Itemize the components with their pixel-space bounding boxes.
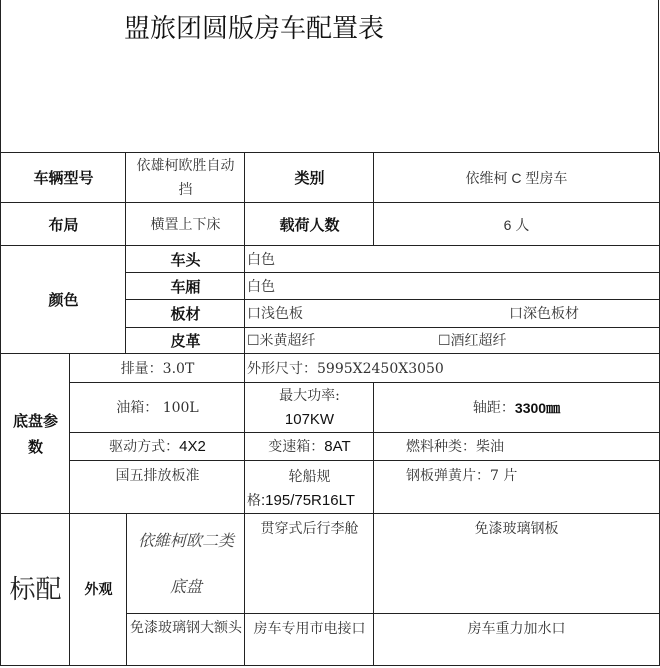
fuel-tank: 油箱： 100L [69,382,246,434]
wheelbase-label: 轴距： [473,395,515,421]
panel-label: 板材 [125,299,246,329]
leather-option-wine[interactable]: ☐酒红超纤 [438,328,507,354]
category-value: 依维柯 C 型房车 [373,152,660,204]
category-label: 类别 [244,152,375,204]
emission-standard: 国五排放板准 [69,460,246,515]
wheelbase-value: 3300㎜ [515,395,560,421]
drive-label: 驱动方式： [109,434,179,460]
leather-option-beige[interactable]: ☐米黄超纤 [247,328,316,354]
leaf-spring: 钢板弹黄片：7 片 [373,460,660,515]
panel-option-light[interactable]: 口浅色板 [247,301,303,327]
layout-value: 横置上下床 [125,202,246,247]
chassis-label: 底盘参数 [0,353,71,514]
model-value: 依雄柯欧胜自动挡 [125,152,246,204]
color-body-label: 车厢 [125,272,246,301]
capacity-value: 6 人 [373,202,660,247]
fuel-type: 燃料种类：柴油 [373,432,660,462]
layout-label: 布局 [0,202,127,247]
leather-label: 皮革 [125,327,246,355]
gearbox: 变速箱： 8AT [244,432,375,462]
page-title: 盟旅团圆版房车配置表 [124,8,384,45]
capacity-label: 载荷人数 [244,202,375,247]
displacement: 排量：3.0T [69,353,246,384]
max-power: 最大功率: 107KW [244,382,375,434]
std-item-rear-luggage: 贯穿式后行李舱 [244,513,375,615]
wheelbase: 轴距： 3300㎜ [373,382,660,434]
std-item-chassis: 依維柯欧二类 底盘 [126,513,246,615]
color-body-value: 白色 [244,272,660,301]
drive-value: 4X2 [179,434,206,460]
panel-options: 口浅色板 口深色板材 [244,299,660,329]
tire-value: :195/75R16LT [261,492,355,509]
dimensions: 外形尺寸：5995X2450X3050 [244,353,660,384]
max-power-value: 107KW [285,408,334,432]
tire-prefix: 格 [247,493,261,509]
std-item-water-inlet: 房车重力加水口 [373,613,660,666]
model-label: 车辆型号 [0,152,127,204]
leather-options: ☐米黄超纤 ☐酒红超纤 [244,327,660,355]
color-head-value: 白色 [244,245,660,274]
panel-option-dark[interactable]: 口深色板材 [509,301,579,327]
drive-type: 驱动方式： 4X2 [69,432,246,462]
gearbox-label: 变速箱： [268,434,324,460]
tire-label: 轮船规 [289,465,331,489]
tire-spec: 轮船规 格:195/75R16LT [244,460,375,515]
std-item-power-inlet: 房车专用市电接口 [244,613,375,666]
color-label: 颜色 [0,245,127,355]
max-power-label: 最大功率: [279,384,340,408]
std-item-chassis-line1: 依維柯欧二类 [138,518,234,564]
std-item-frp-panel: 免漆玻璃钢板 [373,513,660,615]
exterior-label: 外观 [69,513,128,666]
tire-value-line: 格:195/75R16LT [245,489,355,513]
gearbox-value: 8AT [324,434,350,460]
std-item-frp-front: 免漆玻璃钢大额头 [126,613,246,666]
std-item-chassis-line2: 底盘 [170,564,202,610]
color-head-label: 车头 [125,245,246,274]
standard-label: 标配 [0,513,71,666]
